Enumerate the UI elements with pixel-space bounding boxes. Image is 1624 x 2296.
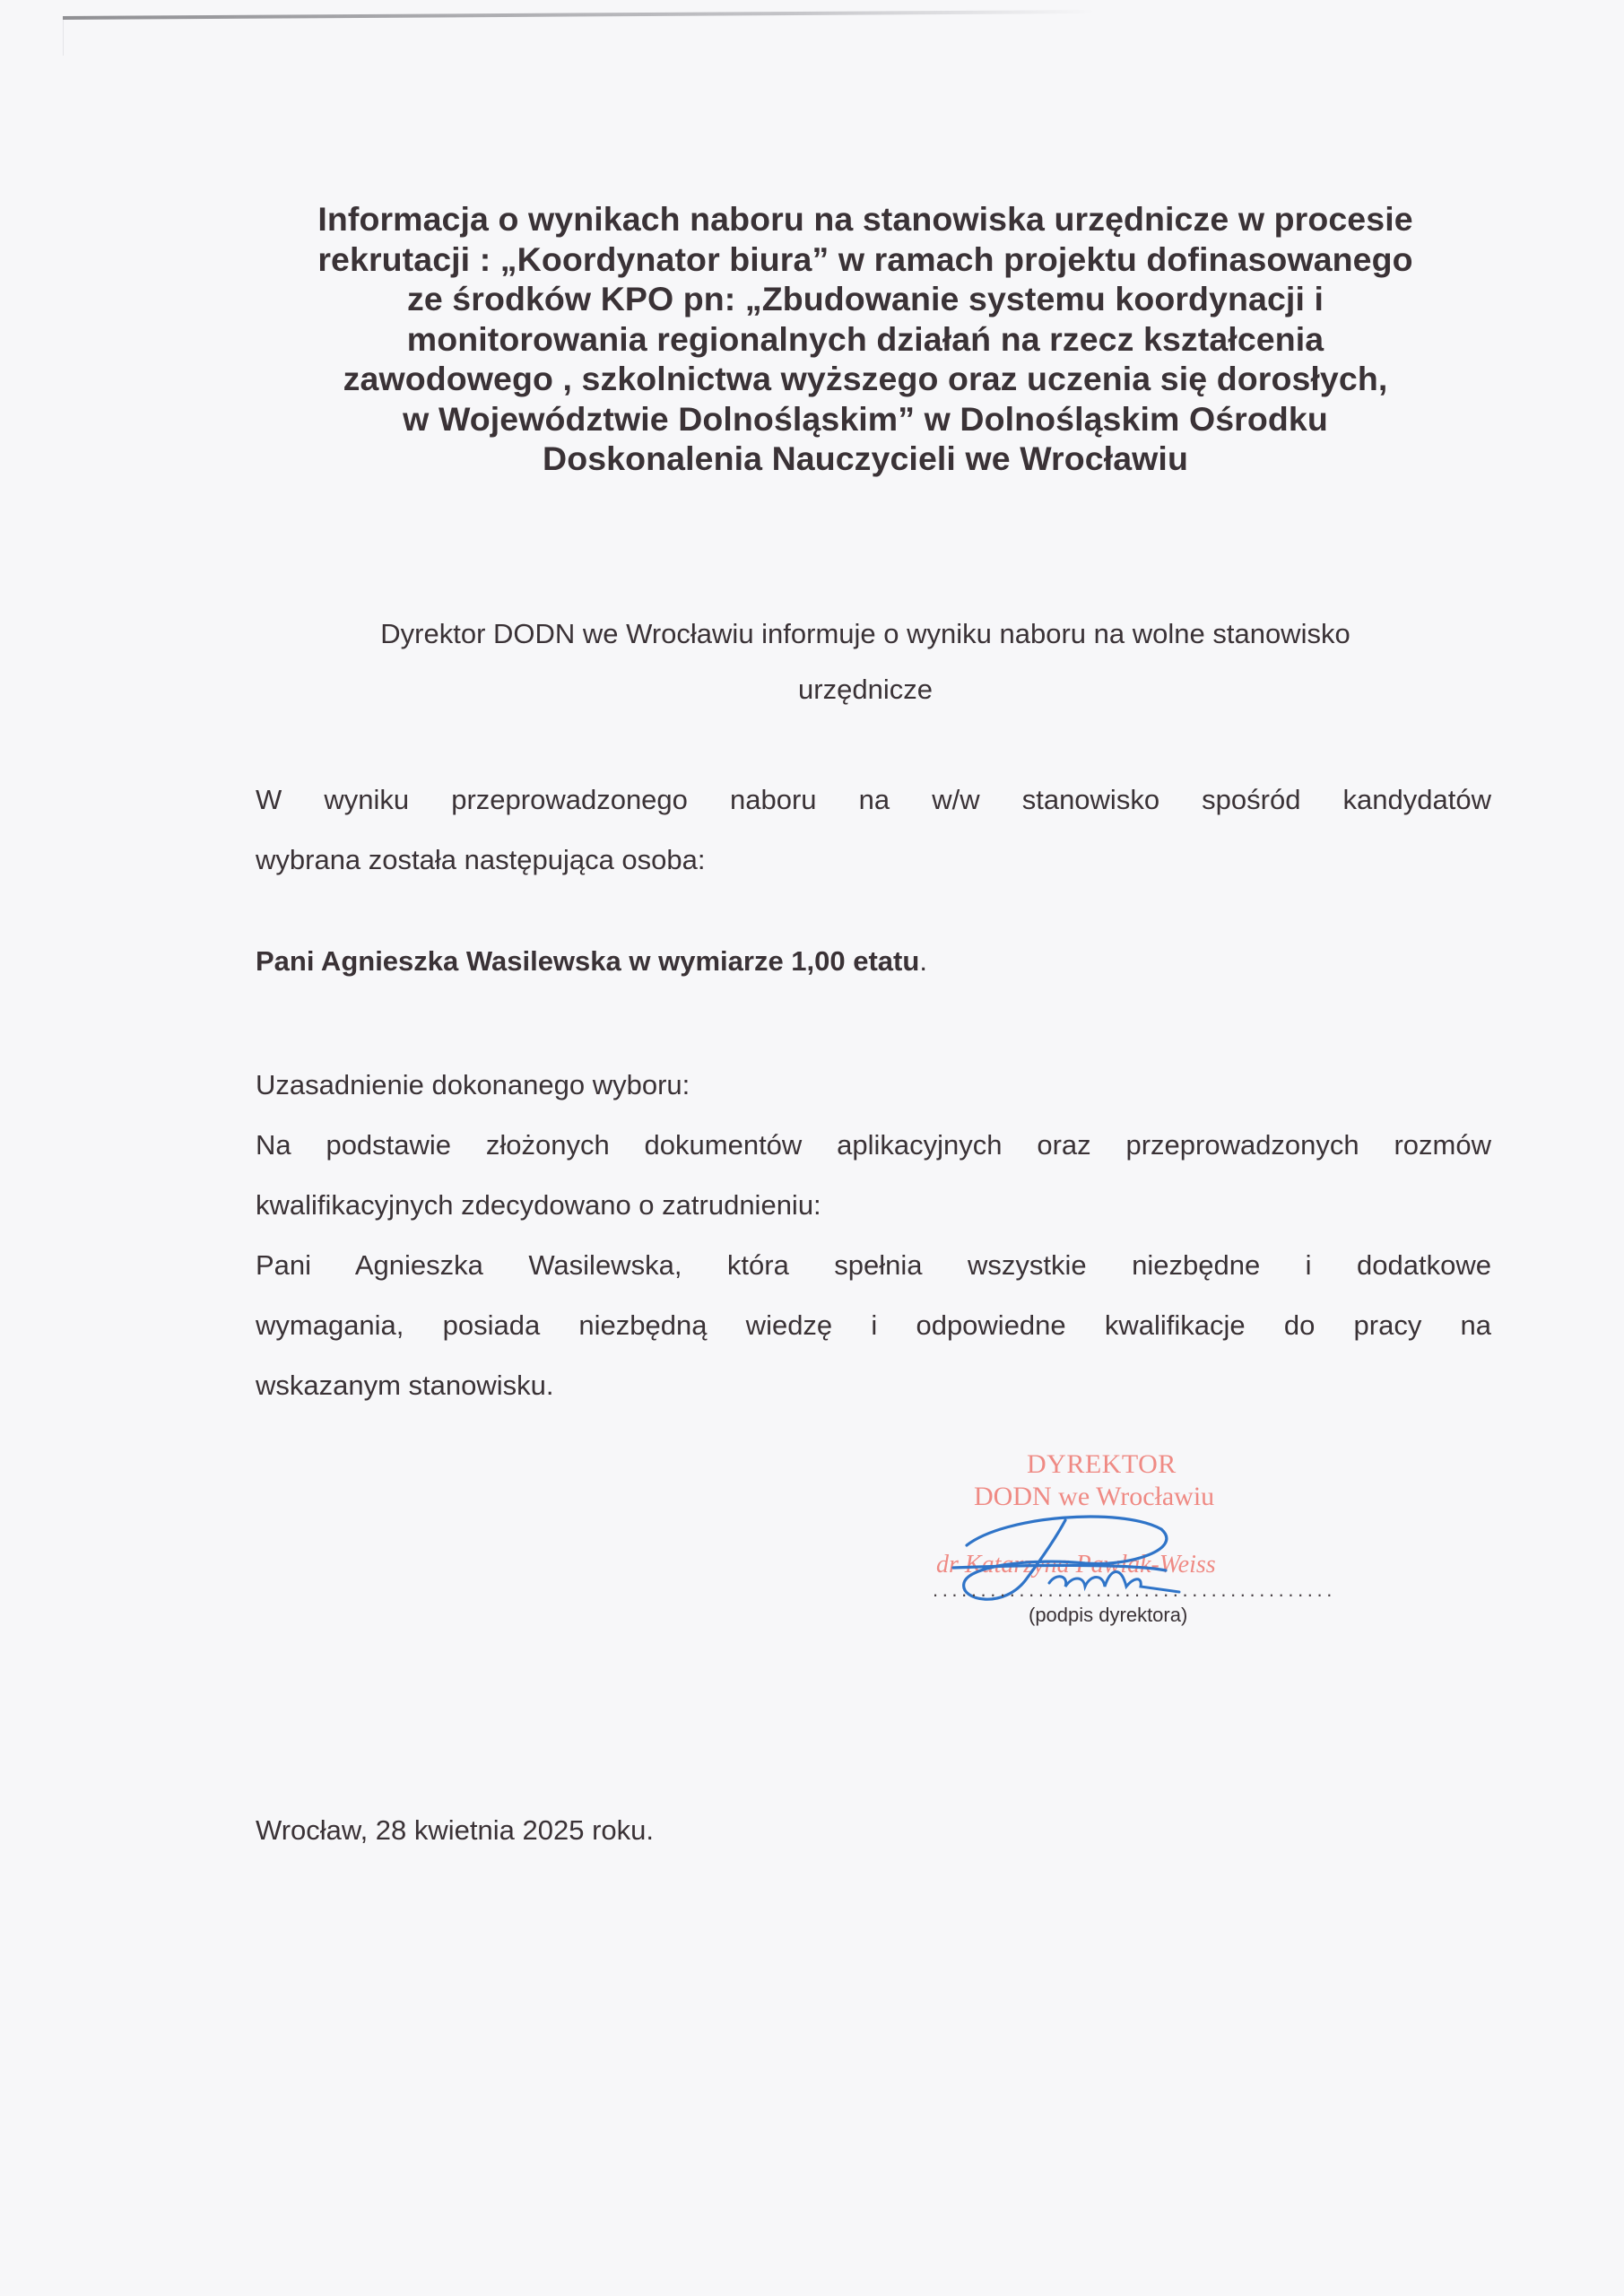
title-line: w Województwie Dolnośląskim” w Dolnośląs… xyxy=(242,399,1489,439)
title-line: monitorowania regionalnych działań na rz… xyxy=(242,319,1489,360)
document-title: Informacja o wynikach naboru na stanowis… xyxy=(242,199,1489,479)
scanned-page-edge xyxy=(63,10,1094,20)
title-line: Informacja o wynikach naboru na stanowis… xyxy=(242,199,1489,239)
selected-candidate-text: Pani Agnieszka Wasilewska w wymiarze 1,0… xyxy=(256,945,919,977)
selected-candidate-period: . xyxy=(919,945,927,977)
intro-paragraph: Dyrektor DODN we Wrocławiu informuje o w… xyxy=(251,606,1480,717)
title-line: zawodowego , szkolnictwa wyższego oraz u… xyxy=(242,359,1489,399)
justification-heading: Uzasadnienie dokonanego wyboru: xyxy=(256,1055,1491,1115)
justification-line: Pani Agnieszka Wasilewska, która spełnia… xyxy=(256,1235,1491,1295)
title-line: rekrutacji : „Koordynator biura” w ramac… xyxy=(242,239,1489,280)
date-line: Wrocław, 28 kwietnia 2025 roku. xyxy=(256,1814,654,1847)
selection-line: wybrana została następująca osoba: xyxy=(256,830,1491,890)
intro-line: urzędnicze xyxy=(251,662,1480,717)
justification-line: wskazanym stanowisku. xyxy=(256,1355,1491,1415)
selection-paragraph: W wyniku przeprowadzonego naboru na w/w … xyxy=(256,770,1491,890)
justification-line: Na podstawie złożonych dokumentów aplika… xyxy=(256,1115,1491,1175)
selection-line: W wyniku przeprowadzonego naboru na w/w … xyxy=(256,770,1491,830)
signature-dotted-line: ........................................… xyxy=(933,1578,1336,1602)
title-line: ze środków KPO pn: „Zbudowanie systemu k… xyxy=(242,279,1489,319)
stamp-title: DYREKTOR xyxy=(1027,1449,1177,1480)
selected-candidate: Pani Agnieszka Wasilewska w wymiarze 1,0… xyxy=(256,945,927,978)
justification-section: Uzasadnienie dokonanego wyboru: Na podst… xyxy=(256,1055,1491,1415)
intro-line: Dyrektor DODN we Wrocławiu informuje o w… xyxy=(251,606,1480,662)
justification-line: kwalifikacyjnych zdecydowano o zatrudnie… xyxy=(256,1175,1491,1235)
title-line: Doskonalenia Nauczycieli we Wrocławiu xyxy=(242,439,1489,479)
justification-line: wymagania, posiada niezbędną wiedzę i od… xyxy=(256,1295,1491,1355)
signature-caption: (podpis dyrektora) xyxy=(1029,1604,1187,1627)
scanned-page-edge-left xyxy=(63,20,64,56)
